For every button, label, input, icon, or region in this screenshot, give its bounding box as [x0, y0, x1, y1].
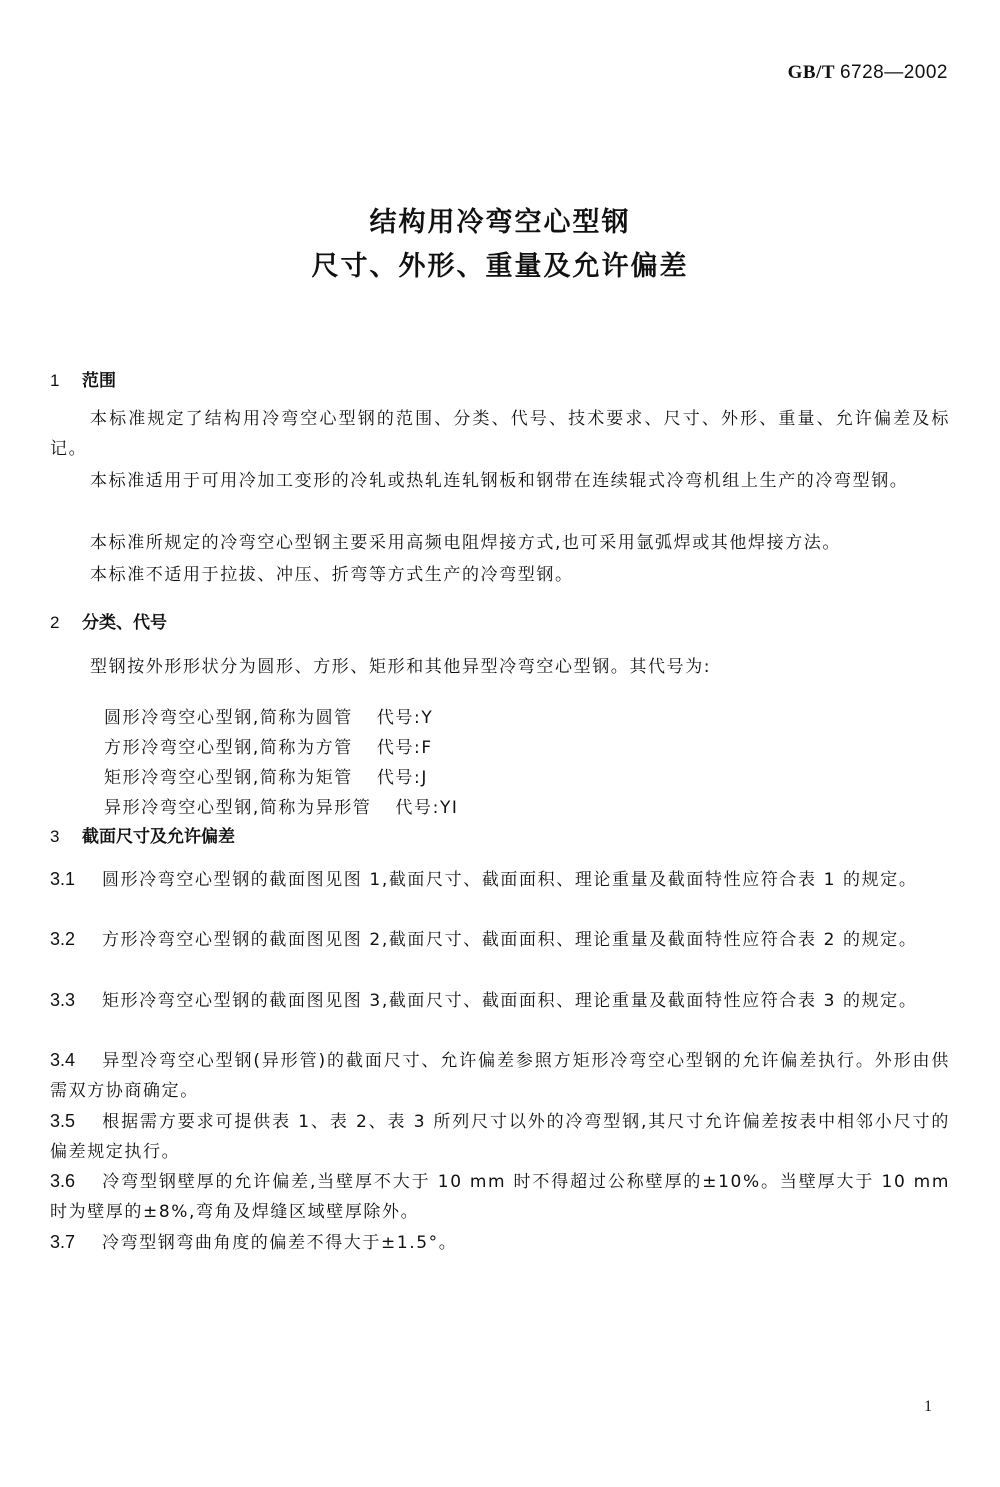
- clause-3-1: 3.1圆形冷弯空心型钢的截面图见图 1,截面尺寸、截面面积、理论重量及截面特性应…: [50, 864, 950, 895]
- code-value: 代号:YI: [395, 798, 458, 818]
- standard-prefix: GB/T: [788, 62, 835, 83]
- clause-3-3: 3.3矩形冷弯空心型钢的截面图见图 3,截面尺寸、截面面积、理论重量及截面特性应…: [50, 985, 950, 1016]
- section-heading-scope: 1范围: [50, 366, 116, 391]
- code-row-special: 异形冷弯空心型钢,简称为异形管代号:YI: [90, 773, 459, 818]
- scope-paragraph-1: 本标准规定了结构用冷弯空心型钢的范围、分类、代号、技术要求、尺寸、外形、重量、允…: [50, 404, 950, 464]
- scope-paragraph-3: 本标准所规定的冷弯空心型钢主要采用高频电阻焊接方式,也可采用氩弧焊或其他焊接方法…: [50, 528, 950, 558]
- section-heading-classification: 2分类、代号: [50, 608, 167, 633]
- clause-3-2: 3.2方形冷弯空心型钢的截面图见图 2,截面尺寸、截面面积、理论重量及截面特性应…: [50, 924, 950, 955]
- clause-3-5: 3.5根据需方要求可提供表 1、表 2、表 3 所列尺寸以外的冷弯型钢,其尺寸允…: [50, 1106, 950, 1167]
- clause-3-4: 3.4异型冷弯空心型钢(异形管)的截面尺寸、允许偏差参照方矩形冷弯空心型钢的允许…: [50, 1045, 950, 1106]
- section-heading-dimensions: 3截面尺寸及允许偏差: [50, 822, 235, 847]
- classification-intro: 型钢按外形形状分为圆形、方形、矩形和其他异型冷弯空心型钢。其代号为:: [90, 652, 711, 677]
- document-title-line1: 结构用冷弯空心型钢: [0, 200, 1000, 239]
- document-title-line2: 尺寸、外形、重量及允许偏差: [0, 244, 1000, 283]
- scope-paragraph-2: 本标准适用于可用冷加工变形的冷轧或热轧连轧钢板和钢带在连续辊式冷弯机组上生产的冷…: [50, 466, 950, 496]
- standard-number: 6728—2002: [840, 62, 948, 83]
- scope-paragraph-4: 本标准不适用于拉拔、冲压、折弯等方式生产的冷弯型钢。: [50, 560, 950, 590]
- page-number: 1: [924, 1398, 932, 1416]
- standard-code: GB/T 6728—2002: [788, 62, 948, 84]
- clause-3-7: 3.7冷弯型钢弯曲角度的偏差不得大于±1.5°。: [50, 1227, 950, 1258]
- clause-3-6: 3.6冷弯型钢壁厚的允许偏差,当壁厚不大于 10 mm 时不得超过公称壁厚的±1…: [50, 1166, 950, 1227]
